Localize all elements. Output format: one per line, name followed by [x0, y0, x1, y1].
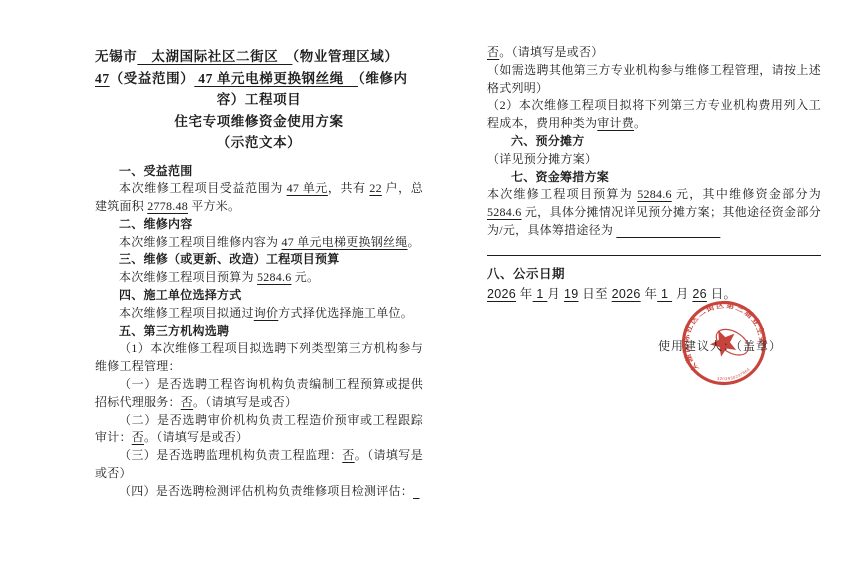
publicity-date-heading: 八、公示日期 — [487, 265, 821, 283]
paragraph: （二）是否选聘审价机构负责工程造价预审或工程跟踪审计：否。（请填写是或否） — [95, 412, 423, 448]
title-line-3: 容）工程项目 — [95, 89, 423, 111]
right-body: 否。（请填写是或否）（如需选聘其他第三方专业机构参与维修工程管理，请按上述格式列… — [487, 44, 821, 256]
paragraph — [487, 242, 821, 256]
paragraph: 本次维修工程项目受益范围为 47 单元，共有 22 户，总建筑面积 2778.4… — [95, 180, 423, 216]
paragraph: （一）是否选聘工程咨询机构负责编制工程预算或提供招标代理服务：否。（请填写是或否… — [95, 376, 423, 412]
left-column: 无锡市 太湖国际社区二街区 （物业管理区域） 47（受益范围） 47 单元电梯更… — [95, 46, 423, 501]
paragraph: 否。（请填写是或否） — [487, 44, 821, 62]
paragraph: （详见预分摊方案） — [487, 151, 821, 169]
paragraph: （1）本次维修工程项目拟选聘下列类型第三方机构参与维修工程管理： — [95, 340, 423, 376]
left-body: 一、受益范围本次维修工程项目受益范围为 47 单元，共有 22 户，总建筑面积 … — [95, 163, 423, 501]
title-main: 住宅专项维修资金使用方案 — [95, 111, 423, 133]
title-line-2: 47（受益范围） 47 单元电梯更换钢丝绳 （维修内 — [95, 68, 423, 90]
paragraph: （三）是否选聘监理机构负责工程监理：否。（请填写是或否） — [95, 447, 423, 483]
suggester-seal-label: 使用建议人：（盖章） — [658, 337, 782, 354]
paragraph: 二、维修内容 — [95, 216, 423, 234]
paragraph: （四）是否选聘检测评估机构负责维修项目检测评估： — [95, 483, 423, 501]
publicity-date-section: 八、公示日期 2026 年 1 月 19 日至 2026 年 1 月 26 日。 — [487, 265, 821, 303]
document-title: 无锡市 太湖国际社区二街区 （物业管理区域） 47（受益范围） 47 单元电梯更… — [95, 46, 423, 154]
paragraph: 本次维修工程项目拟通过询价方式择优选择施工单位。 — [95, 305, 423, 323]
paragraph: 一、受益范围 — [95, 163, 423, 181]
document-page: 无锡市 太湖国际社区二街区 （物业管理区域） 47（受益范围） 47 单元电梯更… — [0, 0, 856, 563]
paragraph: （如需选聘其他第三方专业机构参与维修工程管理，请按上述格式列明） — [487, 62, 821, 98]
paragraph: （2）本次维修工程项目拟将下列第三方专业机构费用列入工程成本，费用种类为审计费。 — [487, 97, 821, 133]
paragraph: 本次维修工程项目预算为 5284.6 元，其中维修资金部分为 5284.6 元，… — [487, 186, 821, 239]
paragraph: 五、第三方机构选聘 — [95, 323, 423, 341]
right-column: 否。（请填写是或否）（如需选聘其他第三方专业机构参与维修工程管理，请按上述格式列… — [487, 44, 821, 303]
paragraph: 六、预分摊方 — [487, 133, 821, 151]
paragraph: 三、维修（或更新、改造）工程项目预算 — [95, 251, 423, 269]
paragraph: 四、施工单位选择方式 — [95, 287, 423, 305]
paragraph: 本次维修工程项目维修内容为 47 单元电梯更换钢丝绳。 — [95, 234, 423, 252]
publicity-date-value: 2026 年 1 月 19 日至 2026 年 1 月 26 日。 — [487, 285, 821, 303]
paragraph: 本次维修工程项目预算为 5284.6 元。 — [95, 269, 423, 287]
paragraph: 七、资金筹措方案 — [487, 169, 821, 187]
title-subtitle: （示范文本） — [95, 132, 423, 154]
title-line-1: 无锡市 太湖国际社区二街区 （物业管理区域） — [95, 46, 423, 68]
